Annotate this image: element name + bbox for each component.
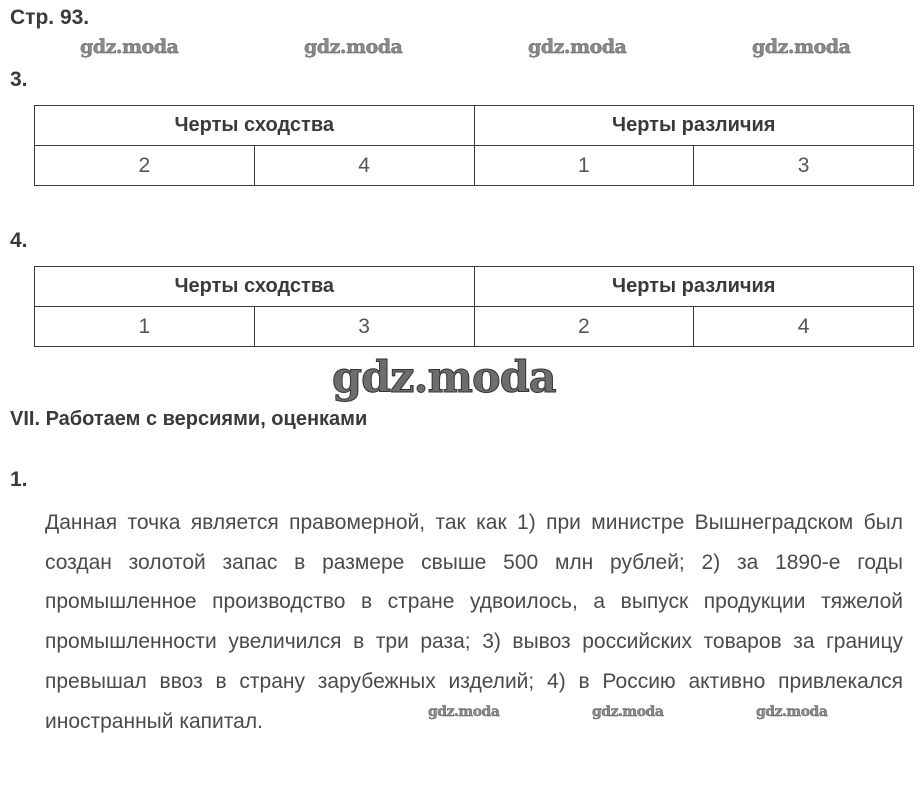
table-cell: 3 [694, 146, 914, 186]
task-4-number: 4. [10, 229, 28, 253]
task-3-number: 3. [10, 68, 28, 92]
watermark: gdz.moda [304, 36, 402, 58]
watermark: gdz.moda [592, 704, 663, 720]
watermark-large: gdz.moda [332, 353, 556, 403]
watermark: gdz.moda [428, 704, 499, 720]
table-cell: 1 [35, 307, 255, 347]
table-cell: 4 [254, 146, 474, 186]
task-1-number: 1. [10, 468, 28, 492]
header-differences: Черты различия [474, 106, 914, 146]
header-differences: Черты различия [474, 267, 914, 307]
watermark: gdz.moda [528, 36, 626, 58]
table-cell: 3 [254, 307, 474, 347]
table-cell: 1 [474, 146, 694, 186]
table-cell: 2 [35, 146, 255, 186]
header-similarities: Черты сходства [35, 267, 475, 307]
table-cell: 4 [694, 307, 914, 347]
task-4-table: Черты сходства Черты различия 1 3 2 4 [34, 266, 914, 347]
table-cell: 2 [474, 307, 694, 347]
watermark: gdz.moda [80, 36, 178, 58]
page-number: Стр. 93. [10, 6, 89, 30]
task-3-table: Черты сходства Черты различия 2 4 1 3 [34, 105, 914, 186]
header-similarities: Черты сходства [35, 106, 475, 146]
section-title: VII. Работаем с версиями, оценками [10, 408, 367, 431]
watermark: gdz.moda [756, 704, 827, 720]
watermark: gdz.moda [752, 36, 850, 58]
